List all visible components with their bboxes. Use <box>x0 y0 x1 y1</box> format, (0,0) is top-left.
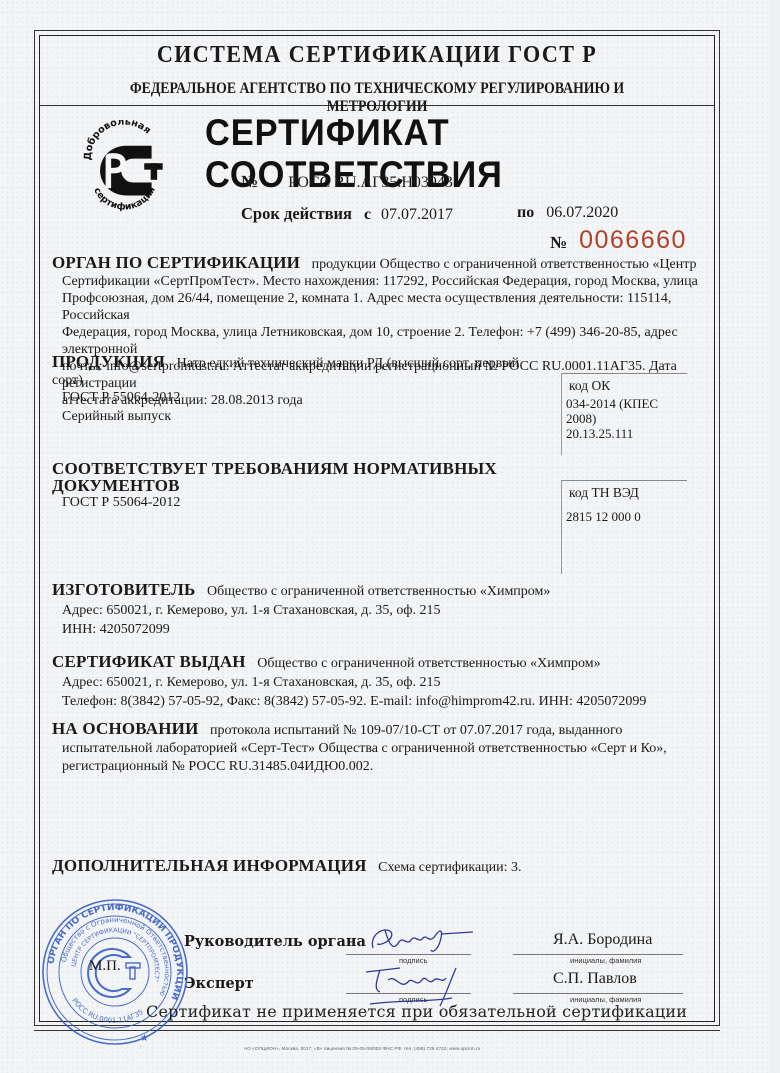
head-of-body-label: Руководитель органа <box>184 933 366 950</box>
code-tnved-box: код ТН ВЭД 2815 12 000 0 <box>561 480 687 574</box>
product-release: Серийный выпуск <box>52 408 552 425</box>
certification-body-heading: ОРГАН ПО СЕРТИФИКАЦИИ <box>52 253 300 272</box>
certificate-number: РОСС RU.АГ35.Н03943 <box>288 174 453 191</box>
serial-number-row: № 0066660 <box>550 226 687 255</box>
product-standard: ГОСТ Р 55064-2012 <box>52 389 552 406</box>
basis-line: регистрационный № РОСС RU.31485.04ИДЮ0.0… <box>52 758 702 776</box>
expert-label: Эксперт <box>184 975 254 992</box>
basis-section: НА ОСНОВАНИИ протокола испытаний № 109-0… <box>52 720 702 776</box>
validity-label: Срок действия <box>241 204 352 223</box>
code-ok-label: код ОК <box>566 378 687 393</box>
expert-name: С.П. Павлов <box>553 970 637 988</box>
code-ok-line2: 20.13.25.111 <box>566 426 687 441</box>
system-title: СИСТЕМА СЕРТИФИКАЦИИ ГОСТ Р <box>66 42 688 69</box>
svg-text:★: ★ <box>140 1033 149 1044</box>
product-heading: ПРОДУКЦИЯ <box>52 352 165 371</box>
code-ok-box: код ОК 034-2014 (КПЕС 2008) 20.13.25.111 <box>561 373 687 455</box>
manufacturer-heading: ИЗГОТОВИТЕЛЬ <box>52 580 195 599</box>
issued-to-heading: СЕРТИФИКАТ ВЫДАН <box>52 652 246 671</box>
manufacturer-section: ИЗГОТОВИТЕЛЬ Общество с ограниченной отв… <box>52 580 652 639</box>
valid-to-label: по <box>517 204 534 221</box>
head-name-line <box>513 954 683 955</box>
organ-line: Профсоюзная, дом 26/44, помещение 2, ком… <box>52 290 702 324</box>
manufacturer-name: Общество с ограниченной ответственностью… <box>207 584 550 599</box>
rst-logo-icon: Добровольная сертификация <box>78 120 170 212</box>
head-name: Я.А. Бородина <box>553 931 652 949</box>
code-ok-line1: 034-2014 (КПЕС 2008) <box>566 396 687 426</box>
certificate-number-row: № РОСС RU.АГ35.Н03943 <box>241 172 453 192</box>
issued-to-address: Адрес: 650021, г. Кемерово, ул. 1-я Стах… <box>52 673 692 692</box>
validity-row: Срок действия с 07.07.2017 <box>241 204 453 224</box>
agency-name: ФЕДЕРАЛЬНОЕ АГЕНТСТВО ПО ТЕХНИЧЕСКОМУ РЕ… <box>86 80 667 116</box>
product-section: ПРОДУКЦИЯ Натр едкий технический марки Р… <box>52 353 552 425</box>
issued-to-name: Общество с ограниченной ответственностью… <box>257 656 600 671</box>
organ-line: Сертификации «СертПромТест». Место нахож… <box>52 273 702 290</box>
code-tnved-label: код ТН ВЭД <box>566 485 687 500</box>
stamp-place-label: М.П. <box>89 958 121 975</box>
serial-number: 0066660 <box>579 226 687 254</box>
additional-info-heading: ДОПОЛНИТЕЛЬНАЯ ИНФОРМАЦИЯ <box>52 856 367 875</box>
additional-info-text: Схема сертификации: 3. <box>378 860 521 875</box>
basis-line: испытательной лабораторией «Серт-Тест» О… <box>52 740 702 758</box>
expert-name-line <box>513 993 683 994</box>
issued-to-section: СЕРТИФИКАТ ВЫДАН Общество с ограниченной… <box>52 652 692 711</box>
printer-imprint: АО «ОПЦИОН», Москва, 2017, «В» лицензия … <box>244 1047 480 1052</box>
valid-from-label: с <box>364 206 371 223</box>
organ-line: продукции Общество с ограниченной ответс… <box>312 257 697 272</box>
head-signature-icon <box>365 924 475 960</box>
head-name-caption: инициалы, фамилия <box>570 956 641 965</box>
conformity-heading: СООТВЕТСТВУЕТ ТРЕБОВАНИЯМ НОРМАТИВНЫХ ДО… <box>52 460 564 494</box>
valid-from-date: 07.07.2017 <box>381 206 453 223</box>
not-applicable-notice: Сертификат не применяется при обязательн… <box>146 1002 687 1021</box>
manufacturer-address: Адрес: 650021, г. Кемерово, ул. 1-я Стах… <box>52 601 652 620</box>
basis-heading: НА ОСНОВАНИИ <box>52 719 199 738</box>
code-tnved-value: 2815 12 000 0 <box>566 509 687 524</box>
additional-info-section: ДОПОЛНИТЕЛЬНАЯ ИНФОРМАЦИЯ Схема сертифик… <box>52 857 652 876</box>
conformity-standard: ГОСТ Р 55064-2012 <box>52 494 572 511</box>
manufacturer-inn: ИНН: 4205072099 <box>52 620 652 639</box>
valid-to-date: 06.07.2020 <box>546 204 618 221</box>
basis-line: протокола испытаний № 109-07/10-СТ от 07… <box>210 723 622 738</box>
serial-sign: № <box>550 233 567 252</box>
svg-text:★: ★ <box>136 1045 145 1047</box>
valid-to-row: по 06.07.2020 <box>517 204 618 222</box>
conformity-section: СООТВЕТСТВУЕТ ТРЕБОВАНИЯМ НОРМАТИВНЫХ ДО… <box>52 460 572 511</box>
number-sign: № <box>241 172 258 191</box>
issued-to-contacts: Телефон: 8(3842) 57-05-92, Факс: 8(3842)… <box>52 692 692 711</box>
